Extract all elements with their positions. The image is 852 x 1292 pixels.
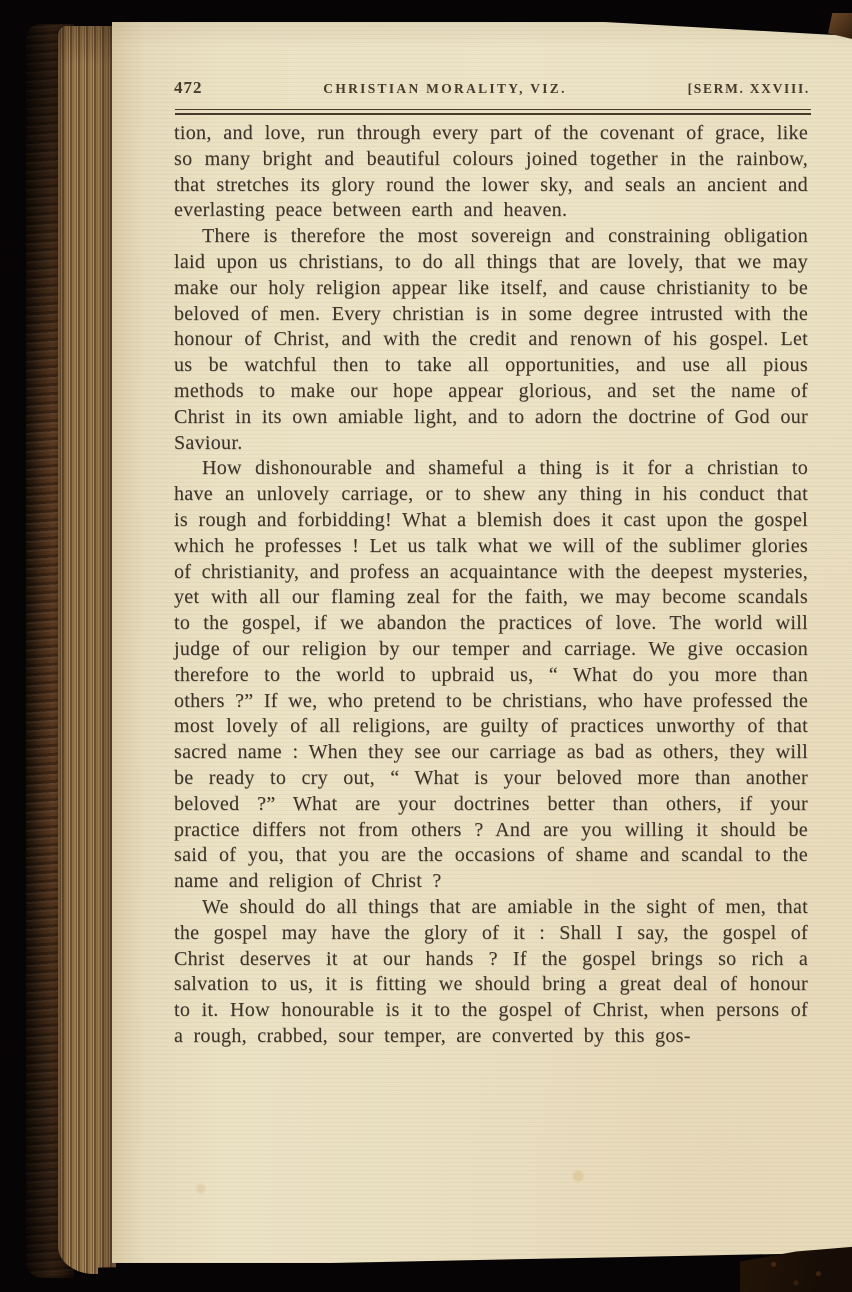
paragraph: We should do all things that are amiable… [174, 895, 808, 1050]
page-number: 472 [174, 78, 203, 98]
sermon-number-label: [SERM. XXVIII. [688, 81, 810, 97]
page-edge-stack [58, 26, 116, 1274]
header-double-rule [175, 109, 811, 115]
paragraph: There is therefore the most sovereign an… [174, 224, 808, 456]
page-text: tion, and love, run through every part o… [174, 121, 808, 1050]
running-title: CHRISTIAN MORALITY, VIZ. [203, 81, 688, 97]
page-header: 472 CHRISTIAN MORALITY, VIZ. [SERM. XXVI… [174, 78, 810, 98]
paragraph: tion, and love, run through every part o… [174, 121, 808, 224]
book-page: 472 CHRISTIAN MORALITY, VIZ. [SERM. XXVI… [112, 22, 852, 1263]
scan-background: 472 CHRISTIAN MORALITY, VIZ. [SERM. XXVI… [0, 0, 852, 1292]
paragraph: How dishonourable and shameful a thing i… [174, 456, 808, 895]
